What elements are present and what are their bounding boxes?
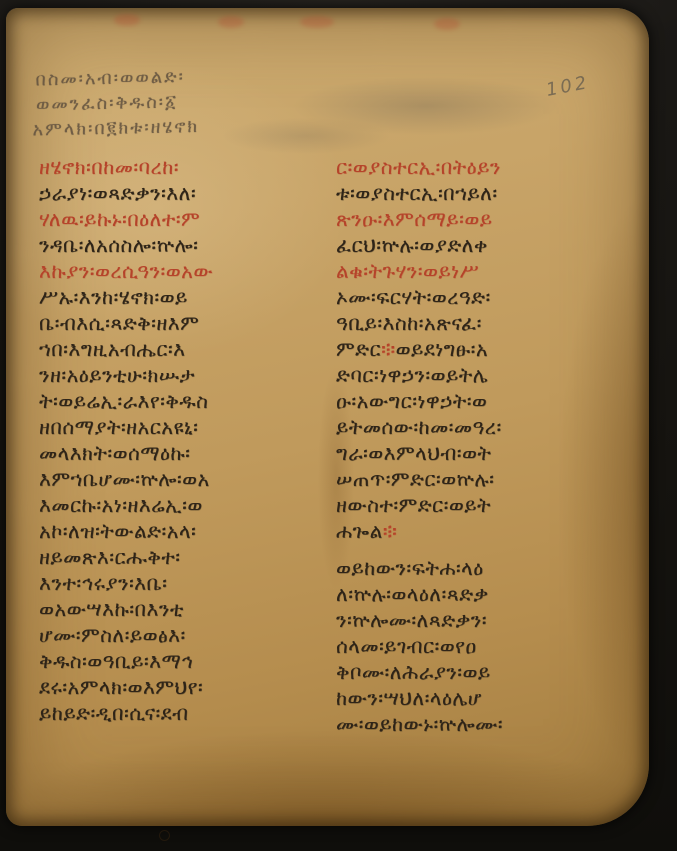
text-line: ሥኡ፡እንከ፡ሄኖክ፡ወይ bbox=[39, 284, 331, 310]
text-line: ለ፡ኵሉ፡ወላዕለ፡ጻድቃ bbox=[336, 581, 628, 607]
text-line: ዘይመጽእ፡ርሑቅተ፡ bbox=[39, 544, 331, 570]
text-segment: ፈርህ፡ኵሉ፡ወያድለቀ bbox=[336, 233, 488, 257]
text-line: ዘበሰማያት፡ዘአርአዩኒ፡ bbox=[39, 414, 331, 440]
text-segment: ን፡ኵሎሙ፡ለጻድቃን፡ bbox=[336, 608, 487, 632]
text-line: ሃለዉ፡ይኩኑ፡በዕለተ፡ም bbox=[39, 206, 331, 232]
parchment-page: በስመ፡አብ፡ወወልድ፡ወመንፈስ፡ቅዱስ፡፩አምላክ፡በ፪ክቱ፡ዘሄኖክ 10… bbox=[6, 8, 649, 826]
red-showthrough-mark bbox=[434, 18, 460, 30]
text-line: ኃራያነ፡ወጻድቃን፡እለ፡ bbox=[39, 180, 331, 206]
text-segment: ይትመሰው፡ከመ፡መዓረ፡ bbox=[336, 415, 502, 439]
text-segment: ቱ፡ወያስተርኢ፡በኀይለ፡ bbox=[336, 181, 498, 205]
text-segment: ዓቢይ፡እስከ፡አጽናፈ፡ bbox=[336, 311, 482, 335]
text-line: ዘሄኖክ፡በከመ፡ባረከ፡ bbox=[39, 154, 331, 180]
text-segment: ምድር bbox=[336, 337, 381, 361]
text-segment: ዘውስተ፡ምድር፡ወይት bbox=[336, 493, 491, 517]
text-line: ይከይድ፡ዲበ፡ሲና፡ደብ bbox=[39, 700, 331, 726]
text-segment: ኦሙ፡ፍርሃት፡ወረዓድ፡ bbox=[336, 285, 491, 309]
invocation-header: በስመ፡አብ፡ወወልድ፡ወመንፈስ፡ቅዱስ፡፩አምላክ፡በ፪ክቱ፡ዘሄኖክ bbox=[35, 61, 366, 143]
text-line: ሠጠጥ፡ምድር፡ወኵሉ፡ bbox=[336, 466, 628, 492]
text-line: ሆሙ፡ምስለ፡ይወፅእ፡ bbox=[39, 622, 331, 648]
text-segment: ቅቦሙ፡ለሕራያን፡ወይ bbox=[336, 660, 491, 684]
text-segment: ዘሄኖክ፡በከመ፡ባረከ፡ bbox=[39, 155, 179, 179]
text-segment: ወአውሣእኩ፡በእንቲ bbox=[39, 597, 184, 621]
text-line: ኦሙ፡ፍርሃት፡ወረዓድ፡ bbox=[336, 284, 628, 310]
text-segment: ወይከውን፡ፍትሐ፡ላዕ bbox=[336, 556, 484, 580]
text-line: ንዘ፡አዕይንቲሁ፡ክሡታ bbox=[39, 362, 331, 388]
text-line: ዘውስተ፡ምድር፡ወይት bbox=[336, 492, 628, 518]
text-line: እኩያን፡ወረሲዓን፡ወአው bbox=[39, 258, 331, 284]
text-line: ሰላመ፡ይገብር፡ወየዐ bbox=[336, 633, 628, 659]
text-line: ዓቢይ፡እስከ፡አጽናፈ፡ bbox=[336, 310, 628, 336]
text-line: ልቁ፡ትጉሃን፡ወይነሥ bbox=[336, 258, 628, 284]
text-segment: ዑ፡አውግር፡ነዋኃት፡ወ bbox=[336, 389, 487, 413]
text-line: ጽንዑ፡እምሰማይ፡ወይ bbox=[336, 206, 628, 232]
text-segment: ደሩ፡አምላክ፡ወእምህየ፡ bbox=[39, 675, 203, 699]
text-segment: ፨ bbox=[381, 337, 396, 361]
text-segment: ሆሙ፡ምስለ፡ይወፅእ፡ bbox=[39, 623, 186, 647]
text-segment: ዘበሰማያት፡ዘአርአዩኒ፡ bbox=[39, 415, 198, 439]
text-line: ሙ፡ወይከውኑ፡ኵሎሙ፡ bbox=[336, 711, 628, 737]
red-showthrough-mark bbox=[114, 14, 140, 26]
text-line: እመርኩ፡አነ፡ዘእሬኢ፡ወ bbox=[39, 492, 331, 518]
text-line: ደሩ፡አምላክ፡ወእምህየ፡ bbox=[39, 674, 331, 700]
text-segment: ንዳቤ፡ለአሰስሎ፡ኵሎ፡ bbox=[39, 233, 198, 257]
folio-number: 102 bbox=[544, 72, 591, 101]
text-segment: አኮ፡ለዝ፡ትውልድ፡አላ፡ bbox=[39, 519, 196, 543]
text-line: ሐጐል፨ bbox=[336, 518, 628, 544]
text-line: ኀበ፡እግዚአብሔር፡እ bbox=[39, 336, 331, 362]
text-segment: ጽንዑ፡እምሰማይ፡ወይ bbox=[336, 207, 493, 231]
text-column-right: ር፡ወያስተርኢ፡በትዕይንቱ፡ወያስተርኢ፡በኀይለ፡ጽንዑ፡እምሰማይ፡ወይ… bbox=[336, 154, 628, 737]
text-line: ፈርህ፡ኵሉ፡ወያድለቀ bbox=[336, 232, 628, 258]
text-segment: ሥኡ፡እንከ፡ሄኖክ፡ወይ bbox=[39, 285, 188, 309]
text-segment: ሰላመ፡ይገብር፡ወየዐ bbox=[336, 634, 477, 658]
manuscript-photo: በስመ፡አብ፡ወወልድ፡ወመንፈስ፡ቅዱስ፡፩አምላክ፡በ፪ክቱ፡ዘሄኖክ 10… bbox=[0, 0, 677, 851]
text-segment: ንዘ፡አዕይንቲሁ፡ክሡታ bbox=[39, 363, 195, 387]
text-line: ቤ፡ብእሲ፡ጻድቅ፡ዘእም bbox=[39, 310, 331, 336]
text-segment: ዘይመጽእ፡ርሑቅተ፡ bbox=[39, 545, 180, 569]
text-line: ዑ፡አውግር፡ነዋኃት፡ወ bbox=[336, 388, 628, 414]
ring-mark bbox=[159, 830, 170, 841]
text-line: ከውን፡ሣህለ፡ላዕሌሆ bbox=[336, 685, 628, 711]
text-column-left: ዘሄኖክ፡በከመ፡ባረከ፡ኃራያነ፡ወጻድቃን፡እለ፡ሃለዉ፡ይኩኑ፡በዕለተ፡… bbox=[39, 154, 331, 726]
text-segment: ድባር፡ነዋኃን፡ወይትሌ bbox=[336, 363, 488, 387]
text-segment: እመርኩ፡አነ፡ዘእሬኢ፡ወ bbox=[39, 493, 203, 517]
text-segment: ኃራያነ፡ወጻድቃን፡እለ፡ bbox=[39, 181, 196, 205]
text-line: አኮ፡ለዝ፡ትውልድ፡አላ፡ bbox=[39, 518, 331, 544]
text-segment: ሐጐል bbox=[336, 519, 383, 543]
text-segment: ይከይድ፡ዲበ፡ሲና፡ደብ bbox=[39, 701, 189, 725]
text-segment: ወይደነግፁ፡አ bbox=[396, 337, 488, 361]
text-segment: እኩያን፡ወረሲዓን፡ወአው bbox=[39, 259, 213, 283]
text-segment: ልቁ፡ትጉሃን፡ወይነሥ bbox=[336, 259, 479, 283]
text-line: ቅዱስ፡ወዓቢይ፡እማኅ bbox=[39, 648, 331, 674]
text-segment: እንተ፡ኅሩያን፡እቤ፡ bbox=[39, 571, 167, 595]
text-line: ን፡ኵሎሙ፡ለጻድቃን፡ bbox=[336, 607, 628, 633]
text-segment: ፨ bbox=[383, 519, 398, 543]
text-segment: ከውን፡ሣህለ፡ላዕሌሆ bbox=[336, 686, 482, 710]
text-line: ግራ፡ወእምላህብ፡ወት bbox=[336, 440, 628, 466]
text-segment: ሠጠጥ፡ምድር፡ወኵሉ፡ bbox=[336, 467, 494, 491]
text-line: ወአውሣእኩ፡በእንቲ bbox=[39, 596, 331, 622]
text-segment: ቤ፡ብእሲ፡ጻድቅ፡ዘእም bbox=[39, 311, 199, 335]
text-line: ምድር፨ወይደነግፁ፡አ bbox=[336, 336, 628, 362]
text-segment: ር፡ወያስተርኢ፡በትዕይን bbox=[336, 155, 501, 179]
text-line: ንዳቤ፡ለአሰስሎ፡ኵሎ፡ bbox=[39, 232, 331, 258]
text-segment: ሙ፡ወይከውኑ፡ኵሎሙ፡ bbox=[336, 712, 503, 736]
text-line: ድባር፡ነዋኃን፡ወይትሌ bbox=[336, 362, 628, 388]
text-line: ር፡ወያስተርኢ፡በትዕይን bbox=[336, 154, 628, 180]
text-line: ት፡ወይሬኢ፡ራእየ፡ቅዱስ bbox=[39, 388, 331, 414]
text-segment: ለ፡ኵሉ፡ወላዕለ፡ጻድቃ bbox=[336, 582, 489, 606]
text-segment: ት፡ወይሬኢ፡ራእየ፡ቅዱስ bbox=[39, 389, 208, 413]
text-segment: ቅዱስ፡ወዓቢይ፡እማኅ bbox=[39, 649, 193, 673]
text-segment: ኀበ፡እግዚአብሔር፡እ bbox=[39, 337, 186, 361]
text-line: እምኀቤሆሙ፡ኵሎ፡ወአ bbox=[39, 466, 331, 492]
text-line: እንተ፡ኅሩያን፡እቤ፡ bbox=[39, 570, 331, 596]
text-line: ይትመሰው፡ከመ፡መዓረ፡ bbox=[336, 414, 628, 440]
text-line: ቱ፡ወያስተርኢ፡በኀይለ፡ bbox=[336, 180, 628, 206]
text-segment: ሃለዉ፡ይኩኑ፡በዕለተ፡ም bbox=[39, 207, 200, 231]
text-line: ወይከውን፡ፍትሐ፡ላዕ bbox=[336, 555, 628, 581]
red-showthrough-mark bbox=[300, 16, 334, 28]
text-segment: መላእክት፡ወሰማዕኩ፡ bbox=[39, 441, 190, 465]
text-line: ቅቦሙ፡ለሕራያን፡ወይ bbox=[336, 659, 628, 685]
text-line: መላእክት፡ወሰማዕኩ፡ bbox=[39, 440, 331, 466]
text-segment: እምኀቤሆሙ፡ኵሎ፡ወአ bbox=[39, 467, 210, 491]
text-segment: ግራ፡ወእምላህብ፡ወት bbox=[336, 441, 491, 465]
red-showthrough-mark bbox=[218, 16, 244, 28]
